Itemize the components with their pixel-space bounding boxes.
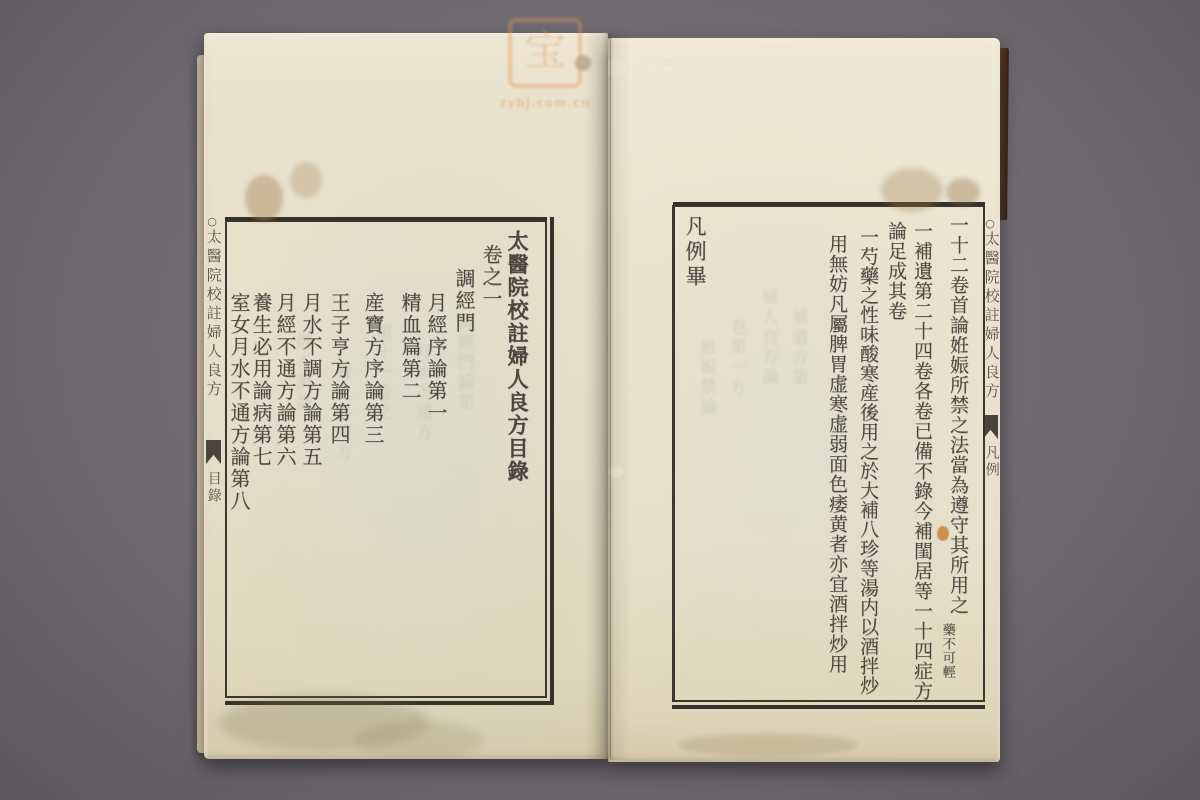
frame-top-rule xyxy=(673,202,985,206)
frame-right-outer-rule xyxy=(550,217,554,705)
toc-item-column: 養生必用論病第七 xyxy=(250,292,271,468)
show-through-text: 婦人良方論 xyxy=(758,288,776,388)
wormhole xyxy=(664,58,673,66)
right-page: 婦人良方論 卷第一方 姙娠禁論 補遺方第 一十二卷首論姙娠所禁之法當為遵守其所用… xyxy=(608,38,1000,762)
toc-item-column: 精血篇第二 xyxy=(399,292,420,402)
toc-item-column: 室女月水不通方論第八 xyxy=(228,292,249,512)
toc-item-column: 月經序論第一 xyxy=(425,292,446,424)
frame-bottom-outer-rule xyxy=(672,705,985,709)
toc-item-column: 王子亨方論第四 xyxy=(328,292,349,446)
fanli-column: 用無妨凡屬脾胃虚寒虚弱面色痿黄者亦宜酒拌炒用 xyxy=(826,234,846,674)
photo-of-open-book: { "watermark": { "seal_character": "宝", … xyxy=(0,0,1200,800)
toc-title-column: 太醫院校註婦人良方目錄 xyxy=(506,230,528,483)
frame-bottom-outer-rule xyxy=(225,701,554,705)
spine-section-label: 凡例 xyxy=(984,445,999,479)
fanli-column-text: 一十二卷首論姙娠所禁之法當為遵守其所用之 xyxy=(947,215,967,615)
show-through-text: 補遺方第 xyxy=(788,308,806,388)
stain xyxy=(290,162,322,198)
spine-title: 太醫院校註婦人良方 xyxy=(205,229,221,400)
left-page: 調經門論第 月水不通方 第十一卷之 養生必用方 經不調論 太醫院校註婦人良方目錄… xyxy=(204,33,608,759)
stain xyxy=(678,733,858,757)
spine-circle-mark: ○ xyxy=(206,215,218,228)
fanli-column: 一十二卷首論姙娠所禁之法當為遵守其所用之 藥不可輕 xyxy=(944,215,970,695)
spine-strip: ○ 太醫院校註婦人良方 目錄 xyxy=(204,213,223,693)
toc-volume-column: 卷之一 xyxy=(480,244,501,310)
show-through-text: 姙娠禁論 xyxy=(696,338,714,418)
toc-section-column: 調經門 xyxy=(453,268,474,334)
stain xyxy=(354,721,484,759)
fanli-end-marker: 凡例畢 xyxy=(684,215,706,290)
fanli-column: 一芍藥之性味酸寒産後用之於大補八珍等湯内以酒拌炒 xyxy=(857,227,877,695)
stain xyxy=(575,55,591,71)
toc-item-column: 月經不通方論第六 xyxy=(274,292,295,468)
spine-circle-mark: ○ xyxy=(984,217,996,230)
show-through-text: 卷第一方 xyxy=(726,318,744,398)
stain xyxy=(245,175,283,221)
fishtail-icon xyxy=(206,440,221,464)
wormhole xyxy=(609,465,623,478)
fanli-column: 論足成其卷 xyxy=(885,221,905,321)
fanli-column: 一補遺第二十四卷各卷已備不錄今補閨居等一十四症方 xyxy=(911,221,931,701)
spine-section-label: 目錄 xyxy=(206,471,221,505)
frame-top-rule xyxy=(225,217,547,221)
fishtail-icon xyxy=(983,415,998,439)
fanli-small-note: 藥不可輕 xyxy=(940,623,954,679)
wormhole xyxy=(648,64,655,70)
toc-item-column: 産寶方序論第三 xyxy=(362,292,383,446)
spine-title: 太醫院校註婦人良方 xyxy=(983,231,999,402)
spine-strip: ○ 太醫院校註婦人良方 凡例 xyxy=(979,215,1000,555)
wormhole xyxy=(632,56,640,63)
toc-item-column: 月水不調方論第五 xyxy=(300,292,321,468)
gutter-fold-line xyxy=(610,36,611,758)
